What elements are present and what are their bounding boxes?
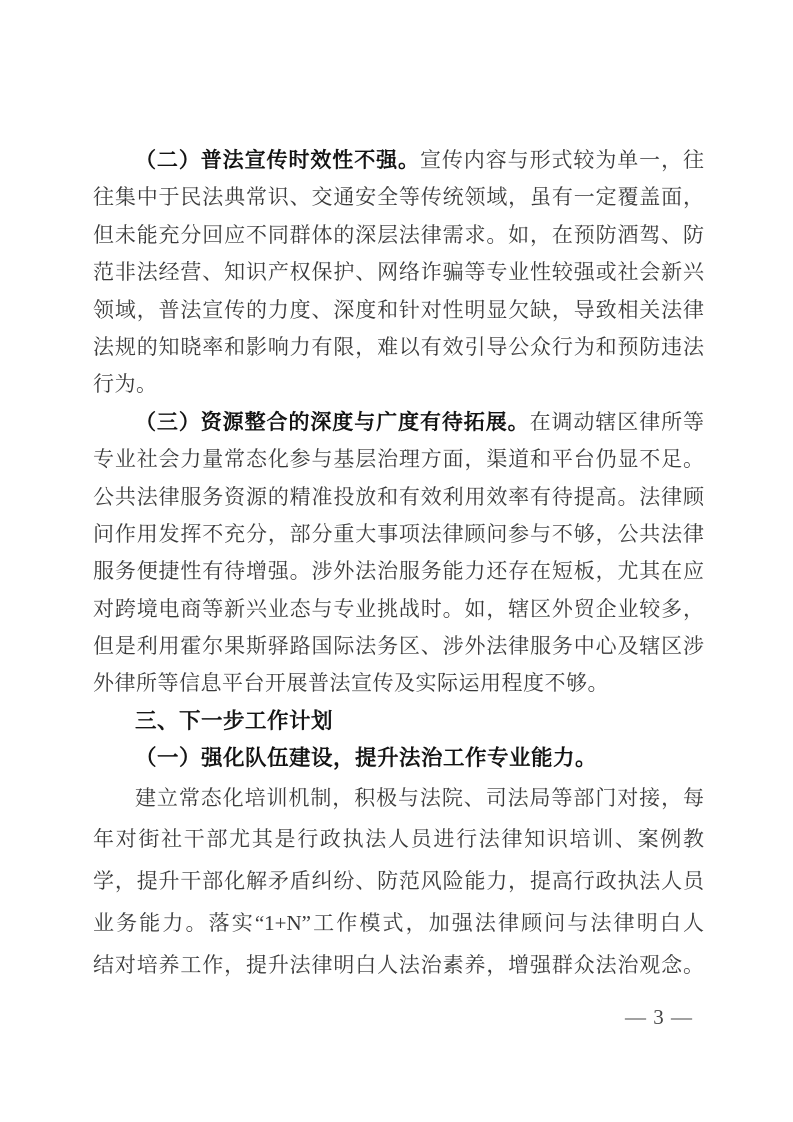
text-line-5: 领域，普法宣传的力度、深度和针对性明显欠缺，导致相关法律 <box>93 292 704 329</box>
line-text-segment: 学，提升干部化解矛盾纠纷、防范风险能力，提高行政执法人员 <box>93 869 704 893</box>
text-line-8: （三）资源整合的深度与广度有待拓展。在调动辖区律所等 <box>93 404 704 441</box>
line-text-segment: 领域，普法宣传的力度、深度和针对性明显欠缺，导致相关法律 <box>93 298 704 322</box>
text-line-10: 公共法律服务资源的精准投放和有效利用效率有待提高。法律顾 <box>93 479 704 516</box>
text-line-18: 建立常态化培训机制，积极与法院、司法局等部门对接，每 <box>93 778 704 820</box>
text-line-13: 对跨境电商等新兴业态与专业挑战时。如，辖区外贸企业较多， <box>93 591 704 628</box>
line-text-segment: 往集中于民法典常识、交通安全等传统领域，虽有一定覆盖面， <box>93 185 704 209</box>
text-line-4: 范非法经营、知识产权保护、网络诈骗等专业性较强或社会新兴 <box>93 254 704 291</box>
line-text-segment: 但是利用霍尔果斯驿路国际法务区、涉外法律服务中心及辖区涉 <box>93 634 704 658</box>
line-text-segment: 业务能力。落实“1+N”工作模式，加强法律顾问与法律明白人 <box>93 911 704 935</box>
line-text-segment: 专业社会力量常态化参与基层治理方面，渠道和平台仍显不足。 <box>93 447 704 471</box>
document-body: （二）普法宣传时效性不强。宣传内容与形式较为单一，往往集中于民法典常识、交通安全… <box>93 142 704 987</box>
text-line-6: 法规的知晓率和影响力有限，难以有效引导公众行为和预防违法 <box>93 329 704 366</box>
text-line-21: 业务能力。落实“1+N”工作模式，加强法律顾问与法律明白人 <box>93 903 704 945</box>
line-bold-segment: （二）普法宣传时效性不强。 <box>135 148 420 172</box>
line-text-segment: （一）强化队伍建设，提升法治工作专业能力。 <box>135 746 597 770</box>
line-text-segment: 问作用发挥不充分，部分重大事项法律顾问参与不够，公共法律 <box>93 522 704 546</box>
line-text-segment: 三、下一步工作计划 <box>135 709 333 734</box>
line-bold-segment: （三）资源整合的深度与广度有待拓展。 <box>135 410 530 434</box>
line-text-segment: 宣传内容与形式较为单一，往 <box>420 148 704 172</box>
line-text-segment: 行为。 <box>93 372 158 396</box>
line-text-segment: 建立常态化培训机制，积极与法院、司法局等部门对接，每 <box>135 786 704 810</box>
line-text-segment: 外律所等信息平台开展普法宣传及实际运用程度不够。 <box>93 671 609 695</box>
line-text-segment: 但未能充分回应不同群体的深层法律需求。如，在预防酒驾、防 <box>93 223 704 247</box>
line-text-segment: 结对培养工作，提升法律明白人法治素养，增强群众法治观念。 <box>93 953 704 977</box>
text-line-1: （二）普法宣传时效性不强。宣传内容与形式较为单一，往 <box>93 142 704 179</box>
text-line-11: 问作用发挥不充分，部分重大事项法律顾问参与不够，公共法律 <box>93 516 704 553</box>
line-text-segment: 在调动辖区律所等 <box>530 410 704 434</box>
text-line-20: 学，提升干部化解矛盾纠纷、防范风险能力，提高行政执法人员 <box>93 861 704 903</box>
text-line-19: 年对街社干部尤其是行政执法人员进行法律知识培训、案例教 <box>93 819 704 861</box>
document-page: （二）普法宣传时效性不强。宣传内容与形式较为单一，往往集中于民法典常识、交通安全… <box>0 0 793 1122</box>
text-line-2: 往集中于民法典常识、交通安全等传统领域，虽有一定覆盖面， <box>93 179 704 216</box>
line-text-segment: 服务便捷性有待增强。涉外法治服务能力还存在短板，尤其在应 <box>93 559 704 583</box>
text-line-7: 行为。 <box>93 366 704 403</box>
text-line-17: （一）强化队伍建设，提升法治工作专业能力。 <box>93 740 704 777</box>
text-line-22: 结对培养工作，提升法律明白人法治素养，增强群众法治观念。 <box>93 945 704 987</box>
line-text-segment: 法规的知晓率和影响力有限，难以有效引导公众行为和预防违法 <box>93 335 704 359</box>
line-text-segment: 对跨境电商等新兴业态与专业挑战时。如，辖区外贸企业较多， <box>93 597 704 621</box>
line-text-segment: 范非法经营、知识产权保护、网络诈骗等专业性较强或社会新兴 <box>93 260 704 284</box>
text-line-3: 但未能充分回应不同群体的深层法律需求。如，在预防酒驾、防 <box>93 217 704 254</box>
line-text-segment: 公共法律服务资源的精准投放和有效利用效率有待提高。法律顾 <box>93 485 704 509</box>
text-line-9: 专业社会力量常态化参与基层治理方面，渠道和平台仍显不足。 <box>93 441 704 478</box>
text-line-12: 服务便捷性有待增强。涉外法治服务能力还存在短板，尤其在应 <box>93 553 704 590</box>
page-number: — 3 — <box>625 1005 693 1029</box>
text-line-14: 但是利用霍尔果斯驿路国际法务区、涉外法律服务中心及辖区涉 <box>93 628 704 665</box>
page-footer: — 3 — <box>0 1004 693 1030</box>
text-line-16: 三、下一步工作计划 <box>93 703 704 740</box>
text-line-15: 外律所等信息平台开展普法宣传及实际运用程度不够。 <box>93 665 704 702</box>
line-text-segment: 年对街社干部尤其是行政执法人员进行法律知识培训、案例教 <box>93 827 704 851</box>
